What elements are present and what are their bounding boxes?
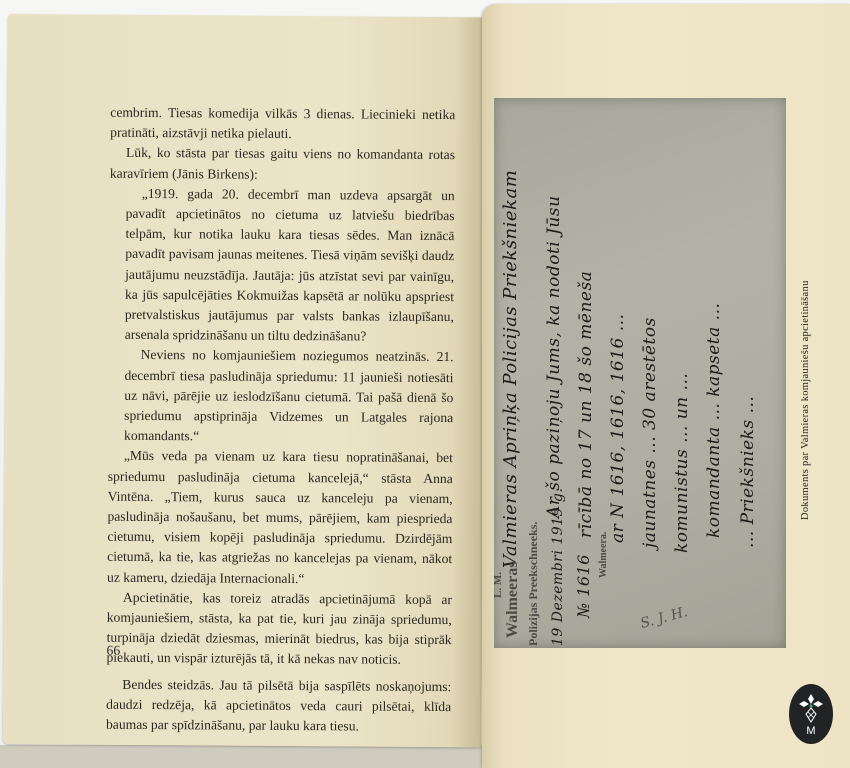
stamp-line: Walmeeras xyxy=(504,562,522,638)
handwritten-line: ar N 1616, 1616, 1616 ... xyxy=(608,314,628,543)
paragraph: Apcietinātie, kas toreiz atradās apcieti… xyxy=(106,588,452,671)
stamp-line: Polizijas Preekschneeks. xyxy=(526,522,541,646)
stamp-date: 19 Dezembri 1919 g. xyxy=(550,488,566,646)
paragraph: „Mūs veda pa vienam uz kara tiesu noprat… xyxy=(107,446,453,590)
handwritten-line: jaunatnes ... 30 arestētos xyxy=(640,317,660,548)
quoted-paragraph: „1919. gada 20. decembrī man uzdeva apsa… xyxy=(125,184,455,348)
handwritten-line: Ar šo paziņoju Jums, ka nodoti Jūsu xyxy=(544,195,564,518)
paragraph: Lūk, ko stāsta par tiesas gaitu viens no… xyxy=(110,143,455,186)
stamp-number: № 1616 xyxy=(574,554,593,618)
page-number: 66 xyxy=(107,643,121,659)
paragraph: cembrim. Tiesas komedija vilkās 3 dienas… xyxy=(110,103,455,146)
handwritten-line: ... Priekšnieks ... xyxy=(738,396,758,548)
handwritten-line: komandanta ... kapseta ... xyxy=(704,303,724,538)
handwritten-line: rīcībā no 17 un 18 šo mēneša xyxy=(576,271,596,538)
paragraph: Bendes steidzās. Jau tā pilsētā bija sas… xyxy=(106,674,451,737)
document-photo: Valmieras Apriņķa Policijas Priekšniekam… xyxy=(494,98,786,648)
book-gutter xyxy=(451,17,486,747)
stamp-line: L. M. xyxy=(494,572,504,598)
handwritten-line: komunistus ... un ... xyxy=(672,373,692,553)
handwritten-line: Valmieras Apriņķa Policijas Priekšniekam xyxy=(500,170,521,568)
figure-caption: Dokuments par Valmieras komjauniešu apci… xyxy=(800,280,811,520)
body-text: cembrim. Tiesas komedija vilkās 3 dienas… xyxy=(106,103,455,738)
quoted-paragraph: Neviens no komjauniešiem noziegumos neat… xyxy=(124,345,454,448)
stamp-place: Walmeera. xyxy=(598,532,609,578)
left-page: cembrim. Tiesas komedija vilkās 3 dienas… xyxy=(3,14,486,747)
watermark-logo: M xyxy=(789,684,833,744)
diamond-monogram-icon: M xyxy=(796,692,826,736)
svg-text:M: M xyxy=(806,725,815,736)
